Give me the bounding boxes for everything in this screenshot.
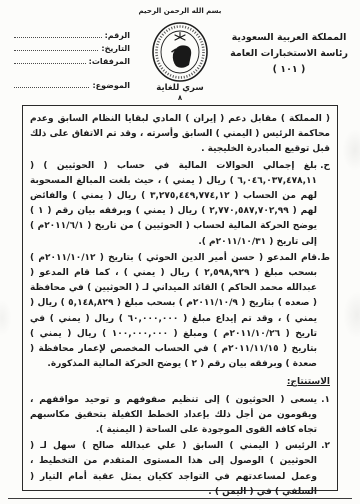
dotted-leader [14, 87, 89, 88]
subject-label: الموضوع: [92, 81, 130, 90]
item-text: قام المدعو ( حسن أمير الدين الحوثي ) بتا… [30, 253, 317, 369]
item-text: بلغ إجمالي الحوالات المالية في حساب ( ال… [30, 161, 317, 247]
attachments-label: المرفقات: [89, 57, 130, 66]
bismillah-text: بسم الله الرحمن الرحيم [0, 7, 360, 15]
body-item-t: ط. قام المدعو ( حسن أمير الدين الحوثي ) … [30, 251, 330, 373]
field-attachments: المرفقات: [12, 57, 130, 66]
conclusion-item-2: ٢. الرئيس ( اليمني ) السابق ( علي عبدالل… [30, 439, 330, 500]
crossed-swords-palm-icon [175, 33, 185, 41]
classification-label: سري للغاية [156, 83, 203, 93]
reference-fields: الرقم: التاريخ: المرفقات: الموضوع: [12, 31, 130, 94]
footer-rule [8, 498, 352, 499]
org-agency-line: رئاسة الاستخبارات العامة [224, 46, 354, 62]
item-marker: ٢. [321, 439, 330, 454]
letterhead-organization: المملكة العربية السعودية رئاسة الاستخبار… [224, 30, 354, 78]
scanned-document-page: بسم الله الرحمن الرحيم المملكة العربية ا… [0, 0, 360, 504]
item-marker: ١. [321, 393, 330, 408]
field-subject: الموضوع: [12, 81, 130, 90]
dotted-leader [14, 50, 98, 51]
item-text: الرئيس ( اليمني ) السابق ( علي عبدالله ص… [30, 441, 317, 497]
field-date: التاريخ: [12, 44, 130, 53]
item-marker: ح. [320, 159, 330, 174]
page-number: ٨ [0, 94, 360, 102]
conclusion-heading-row: الاستنتاج: [30, 373, 330, 392]
conclusion-heading: الاستنتاج: [287, 375, 330, 390]
intelligence-seal-icon [151, 22, 209, 83]
document-body-box: ( المملكة ) مقابل دعم ( إيران ) المادي ل… [22, 105, 338, 491]
item-text: يسعى ( الحوثيون ) إلى تنظيم صفوفهم و توح… [30, 395, 317, 435]
dotted-leader [14, 37, 102, 38]
date-label: التاريخ: [101, 44, 130, 53]
intro-paragraph: ( المملكة ) مقابل دعم ( إيران ) المادي ل… [30, 112, 330, 158]
dotted-leader [14, 63, 86, 64]
item-marker: ط. [317, 251, 330, 266]
org-country-line: المملكة العربية السعودية [224, 30, 354, 46]
conclusion-item-1: ١. يسعى ( الحوثيون ) إلى تنظيم صفوفهم و … [30, 393, 330, 439]
org-code-line: ( ١٠١ ) [224, 62, 354, 78]
falcon-icon [173, 45, 191, 67]
number-label: الرقم: [105, 31, 130, 40]
field-number: الرقم: [12, 31, 130, 40]
body-item-h: ح. بلغ إجمالي الحوالات المالية في حساب (… [30, 159, 330, 250]
